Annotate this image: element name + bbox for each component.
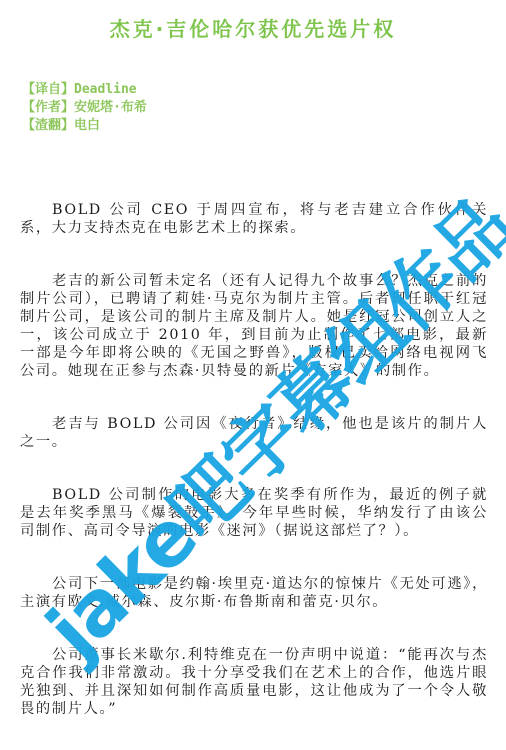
meta-value: 安妮塔·布希 — [74, 100, 147, 115]
paragraph: 公司董事长米歇尔.利特维克在一份声明中说道：“能再次与杰克合作我们非常激动。我十… — [20, 646, 488, 718]
meta-translator: 【渣翻】电白 — [22, 117, 147, 135]
meta-translated-from: 【译自】Deadline — [22, 81, 147, 99]
article-meta: 【译自】Deadline 【作者】安妮塔·布希 【渣翻】电白 — [22, 81, 147, 135]
paragraph: BOLD 公司制作的电影大多在奖季有所作为，最近的例子就是去年奖季黑马《爆裂鼓手… — [20, 486, 488, 540]
paragraph: 老吉的新公司暂未定名（还有人记得九个故事么？杰克之前的制片公司），已聘请了莉娃·… — [20, 272, 488, 380]
paragraph: 老吉与 BOLD 公司因《夜行者》结缘，他也是该片的制片人之一。 — [20, 415, 488, 451]
article-title: 杰克·吉伦哈尔获优先选片权 — [0, 13, 506, 42]
paragraph: 公司下一部电影是约翰·埃里克·道达尔的惊悚片《无处可逃》，主演有欧文.威尔森、皮… — [20, 575, 488, 611]
meta-label: 【译自】 — [22, 82, 74, 97]
article-body: BOLD 公司 CEO 于周四宣布，将与老吉建立合作伙伴关系，大力支持杰克在电影… — [20, 201, 488, 750]
meta-author: 【作者】安妮塔·布希 — [22, 99, 147, 117]
meta-label: 【渣翻】 — [22, 118, 74, 133]
meta-label: 【作者】 — [22, 100, 74, 115]
paragraph: BOLD 公司 CEO 于周四宣布，将与老吉建立合作伙伴关系，大力支持杰克在电影… — [20, 201, 488, 237]
meta-value: 电白 — [74, 118, 100, 133]
meta-value: Deadline — [74, 82, 137, 97]
